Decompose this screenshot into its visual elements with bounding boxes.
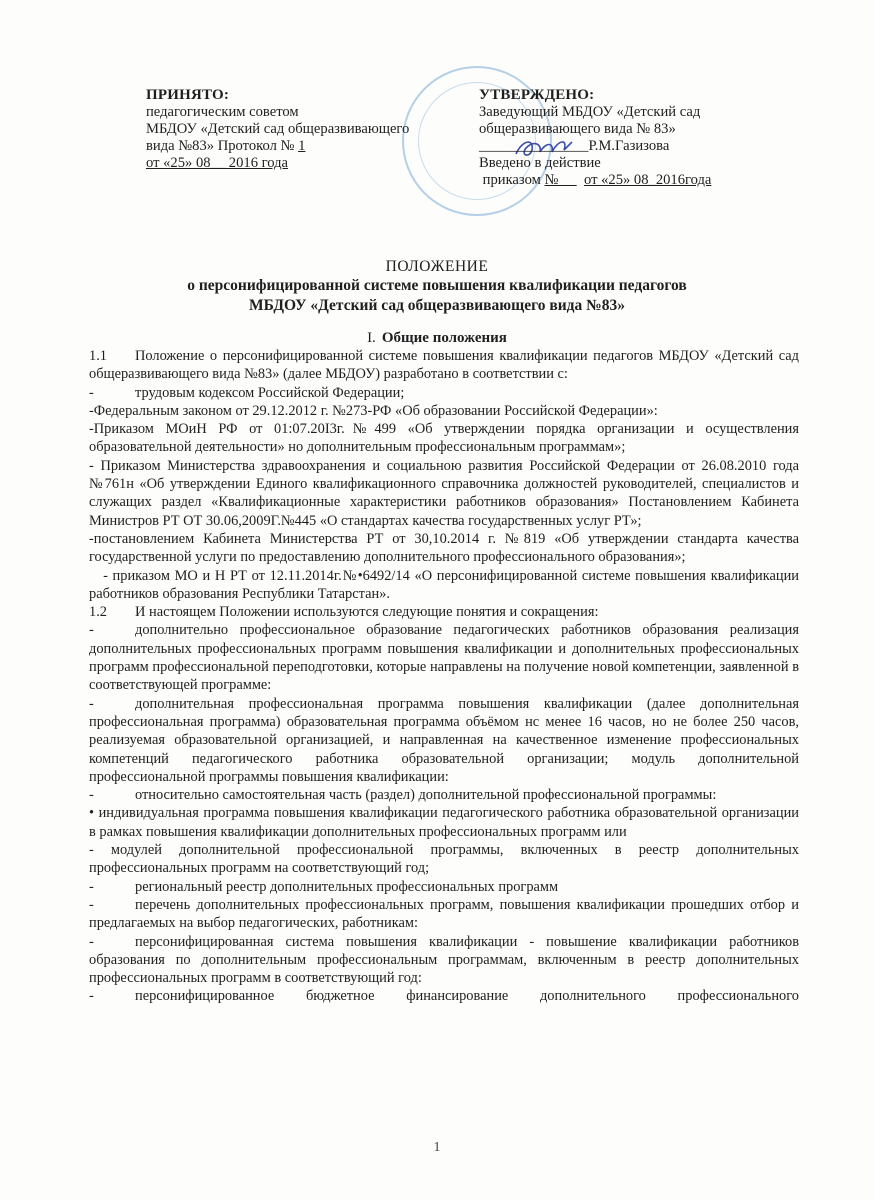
accepted-line: МБДОУ «Детский сад общеразвивающего <box>146 121 466 138</box>
dash-marker: - <box>89 786 135 804</box>
definition-item: -относительно самостоятельная часть (раз… <box>89 786 799 804</box>
accepted-title: ПРИНЯТО: <box>146 87 466 104</box>
approved-line: общеразвивающего вида № 83» <box>479 121 779 138</box>
definition-item: -персонифицированная система повышения к… <box>89 933 799 988</box>
definition-item: -дополнительно профессиональное образова… <box>89 621 799 694</box>
dash-marker: - <box>89 987 135 1005</box>
document-body: 1.1Положение о персонифицированной систе… <box>89 347 799 1006</box>
section-number: I. <box>367 330 376 346</box>
clause-text: Положение о персонифицированной системе … <box>89 348 799 382</box>
clause-text: И настоящем Положении используются следу… <box>135 604 598 620</box>
document-subtitle: о персонифицированной системе повышения … <box>0 277 874 295</box>
order-number: № <box>545 172 577 188</box>
definition-item: • индивидуальная программа повышения ква… <box>89 804 799 841</box>
approved-title: УТВЕРЖДЕНО: <box>479 87 779 104</box>
definition-text: относительно самостоятельная часть (разд… <box>135 787 716 803</box>
clause-number: 1.1 <box>89 347 135 365</box>
document-title: ПОЛОЖЕНИЕ <box>0 258 874 276</box>
list-item: -постановлением Кабинета Министерства РТ… <box>89 530 799 567</box>
order-date: от «25» 08_2016года <box>584 172 711 188</box>
clause-number: 1.2 <box>89 603 135 621</box>
protocol-label: вида №83» Протокол № <box>146 138 298 154</box>
signature-line: _______________Р.М.Газизова <box>479 138 779 155</box>
accepted-date: от «25» 08__ 2016 года <box>146 155 466 172</box>
order-line: приказом № от «25» 08_2016года <box>479 172 779 189</box>
list-item: -трудовым кодексом Российской Федерации; <box>89 384 799 402</box>
page-number: 1 <box>0 1140 874 1156</box>
institution-name: МБДОУ «Детский сад общеразвивающего вида… <box>0 297 874 315</box>
dash-marker: - <box>89 933 135 951</box>
dash-marker: - <box>89 621 135 639</box>
definition-item: -перечень дополнительных профессиональны… <box>89 896 799 933</box>
accepted-line: педагогическим советом <box>146 104 466 121</box>
list-item: -Приказом МОиН РФ от 01:07.20I3г.№499 «О… <box>89 420 799 457</box>
list-text: трудовым кодексом Российской Федерации; <box>135 385 404 401</box>
list-item: - приказом МО и Н РТ от 12.11.2014г.№•64… <box>89 567 799 604</box>
definition-item: - модулей дополнительной профессионально… <box>89 841 799 878</box>
section-title: Общие положения <box>382 330 507 346</box>
definition-item: -дополнительная профессиональная програм… <box>89 695 799 786</box>
definition-item: -персонифицированное бюджетное финансиро… <box>89 987 799 1005</box>
list-item: - Приказом Министерства здравоохранения … <box>89 457 799 530</box>
dash-marker: - <box>89 878 135 896</box>
order-prefix: приказом <box>479 172 545 188</box>
definition-text: дополнительная профессиональная программ… <box>89 696 799 785</box>
protocol-number: 1 <box>298 138 305 154</box>
clause-1-1: 1.1Положение о персонифицированной систе… <box>89 347 799 384</box>
accepted-block: ПРИНЯТО: педагогическим советом МБДОУ «Д… <box>146 87 466 172</box>
approved-block: УТВЕРЖДЕНО: Заведующий МБДОУ «Детский са… <box>479 87 779 189</box>
enacted-label: Введено в действие <box>479 155 779 172</box>
definition-text: персонифицированное бюджетное финансиров… <box>135 988 799 1004</box>
accepted-line: вида №83» Протокол № 1 <box>146 138 466 155</box>
definition-text: перечень дополнительных профессиональных… <box>89 897 799 931</box>
section-heading: I.Общие положения <box>0 330 874 347</box>
definition-text: региональный реестр дополнительных профе… <box>135 879 558 895</box>
dash-marker: - <box>89 695 135 713</box>
dash-marker: - <box>89 896 135 914</box>
definition-text: дополнительно профессиональное образован… <box>89 622 799 693</box>
clause-1-2: 1.2И настоящем Положении используются сл… <box>89 603 799 621</box>
definition-item: -региональный реестр дополнительных проф… <box>89 878 799 896</box>
list-item: -Федеральным законом от 29.12.2012 г. №2… <box>89 402 799 420</box>
definition-text: персонифицированная система повышения кв… <box>89 934 799 987</box>
approved-line: Заведующий МБДОУ «Детский сад <box>479 104 779 121</box>
dash-marker: - <box>89 384 135 402</box>
document-page: ПРИНЯТО: педагогическим советом МБДОУ «Д… <box>0 0 874 1200</box>
